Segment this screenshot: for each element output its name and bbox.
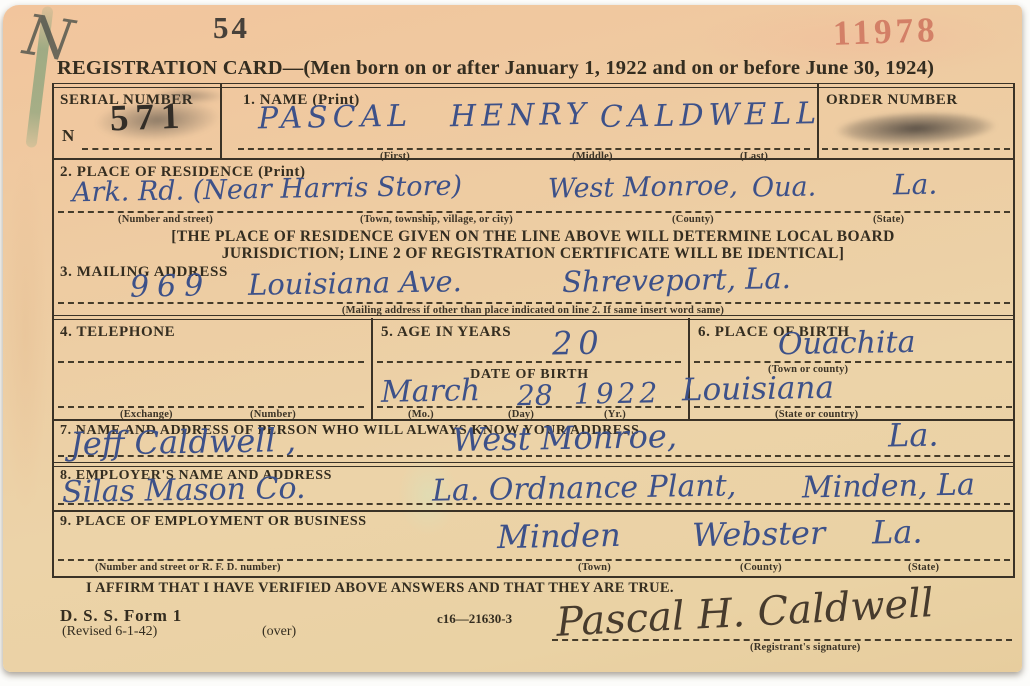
- paper-stain: [3, 155, 48, 515]
- employer-city-value: Minden, La: [802, 467, 975, 505]
- signature-line: [552, 639, 1012, 641]
- employer-write-line: [58, 503, 1010, 505]
- form-name: D. S. S. Form 1: [60, 606, 182, 626]
- cell-divider: [220, 83, 222, 159]
- contact-state-value: La.: [888, 416, 939, 455]
- age-label: 5. AGE IN YEARS: [381, 324, 511, 341]
- serial-prefix: N: [62, 126, 74, 146]
- employment-county-sublabel: (County): [740, 562, 782, 573]
- serial-write-line: [82, 148, 212, 150]
- telephone-label: 4. TELEPHONE: [60, 324, 175, 341]
- birthplace-state-value: Louisiana: [682, 370, 834, 409]
- serial-number-stamp: 571: [109, 95, 187, 141]
- over-note: (over): [262, 624, 296, 640]
- section-rule: [52, 315, 1014, 320]
- row-rule: [52, 158, 1014, 160]
- state-sublabel: (State): [873, 214, 904, 225]
- residence-town-value: West Monroe,: [548, 170, 738, 204]
- section-rule: [52, 462, 1014, 467]
- birthplace-state-line: [694, 406, 1012, 408]
- print-code: c16—21630-3: [437, 611, 512, 627]
- employment-town-sublabel: (Town): [578, 562, 611, 573]
- mailing-write-line: [58, 302, 1010, 304]
- page-number-stamp: 54: [213, 10, 250, 46]
- red-serial-stamp: 11978: [832, 10, 939, 54]
- residence-write-line: [58, 211, 1010, 213]
- mailing-number-value: 969: [130, 268, 212, 304]
- employment-write-line: [58, 559, 1010, 561]
- name-middle-value: HENRY: [450, 97, 591, 134]
- form-revision: (Revised 6-1-42): [62, 624, 157, 640]
- age-value: 20: [552, 324, 605, 363]
- name-last-value: CALDWELL: [600, 96, 822, 135]
- signature-sublabel: (Registrant's signature): [750, 642, 860, 653]
- employment-county-value: Webster: [692, 514, 826, 554]
- order-number-label: ORDER NUMBER: [826, 92, 958, 109]
- affirmation-statement: I AFFIRM THAT I HAVE VERIFIED ABOVE ANSW…: [86, 580, 674, 597]
- first-sublabel: (First): [380, 151, 410, 162]
- employment-town-value: Minden: [497, 516, 621, 556]
- county-sublabel: (County): [672, 214, 714, 225]
- dob-month-value: March: [381, 373, 481, 410]
- residence-state-value: La.: [893, 168, 938, 202]
- name-first-value: PASCAL: [258, 99, 413, 137]
- contact-write-line: [58, 455, 1010, 457]
- birthplace-town-value: Ouachita: [778, 325, 916, 362]
- town-sublabel: (Town, township, village, or city): [360, 214, 513, 225]
- name-write-line: [238, 148, 810, 150]
- employment-state-value: La.: [872, 513, 923, 552]
- last-sublabel: (Last): [740, 151, 768, 162]
- birthplace-town-line: [694, 361, 1012, 363]
- order-write-line: [822, 148, 1010, 150]
- telephone-exchange-line: [58, 361, 364, 363]
- row-rule: [52, 576, 1014, 578]
- mailing-city-value: Shreveport, La.: [562, 261, 791, 299]
- residence-county-value: Oua.: [752, 171, 817, 203]
- jurisdiction-note-line1: [THE PLACE OF RESIDENCE GIVEN ON THE LIN…: [52, 228, 1014, 246]
- age-write-line: [377, 361, 681, 363]
- telephone-number-line: [58, 406, 364, 408]
- middle-sublabel: (Middle): [572, 151, 613, 162]
- card-title: REGISTRATION CARD—(Men born on or after …: [57, 57, 934, 80]
- street-sublabel: (Number and street): [118, 214, 213, 225]
- contact-address-value: West Monroe,: [452, 417, 678, 459]
- employment-label: 9. PLACE OF EMPLOYMENT OR BUSINESS: [60, 514, 367, 530]
- mailing-street-value: Louisiana Ave.: [248, 264, 462, 302]
- dob-write-line: [377, 406, 681, 408]
- row-rule: [52, 510, 1014, 512]
- jurisdiction-note-line2: JURISDICTION; LINE 2 OF REGISTRATION CER…: [52, 245, 1014, 263]
- cell-divider: [817, 83, 819, 159]
- employment-state-sublabel: (State): [908, 562, 939, 573]
- employment-street-sublabel: (Number and street or R. F. D. number): [95, 562, 281, 573]
